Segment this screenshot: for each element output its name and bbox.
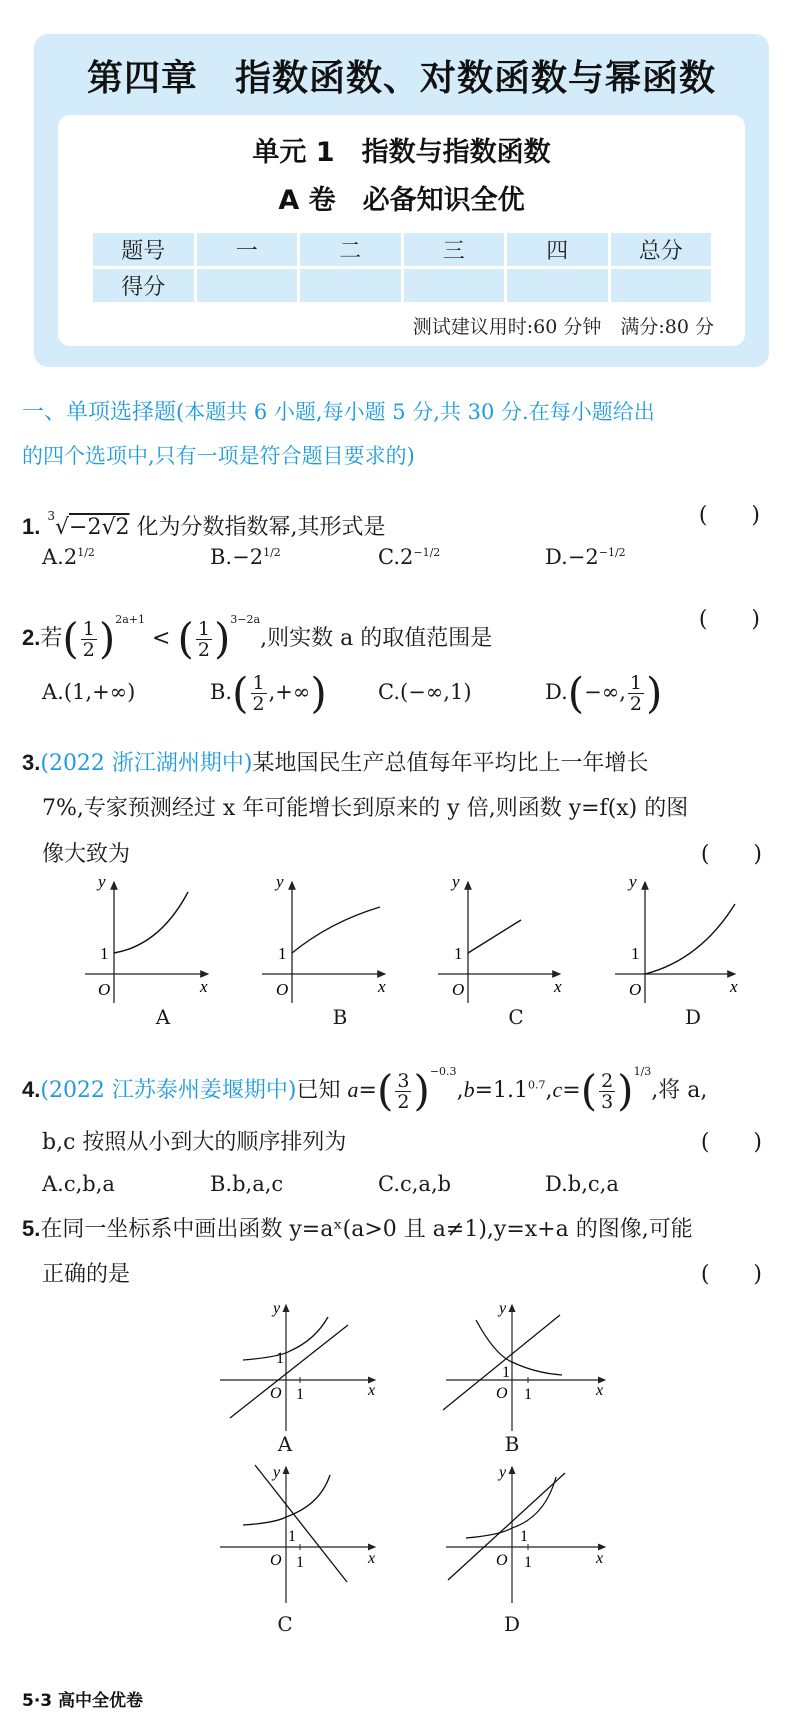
q5-graphs: y x O 1 1 y x O 1 1 y x O 1 1 y x [200, 1295, 620, 1640]
option-b[interactable]: B.−21/2 [210, 545, 281, 569]
option-c[interactable]: C.2−1/2 [378, 545, 440, 569]
svg-text:O: O [629, 980, 641, 999]
question-3-line2: 7%,专家预测经过 x 年可能增长到原来的 y 倍,则函数 y=f(x) 的图 [42, 786, 800, 832]
svg-text:O: O [496, 1385, 508, 1402]
svg-text:y: y [497, 1464, 507, 1481]
option-b[interactable]: B.b,a,c [210, 1172, 283, 1196]
question-source: (2022 江苏泰州姜堰期中) [40, 1078, 296, 1103]
graph-label-b[interactable]: B [497, 1432, 527, 1456]
score-cell: 题号 [93, 233, 194, 266]
question-5: 5.在同一坐标系中画出函数 y=aˣ(a>0 且 a≠1),y=x+a 的图像,… [22, 1206, 782, 1253]
svg-text:O: O [270, 1385, 282, 1402]
svg-text:x: x [729, 977, 738, 996]
svg-text:1: 1 [454, 944, 463, 963]
section-desc-line2: 的四个选项中,只有一项是符合题目要求的) [22, 434, 782, 478]
graph-b: y x O 1 [262, 872, 386, 1003]
svg-text:1: 1 [100, 944, 109, 963]
svg-text:x: x [199, 977, 208, 996]
graph-label-b[interactable]: B [325, 1005, 355, 1029]
svg-text:x: x [595, 1382, 603, 1399]
option-d[interactable]: D.b,c,a [545, 1172, 619, 1196]
svg-text:1: 1 [288, 1528, 296, 1545]
graph-b: y x O 1 1 [443, 1300, 605, 1431]
graph-d: y x O 1 [615, 872, 738, 1003]
question-stem: b,c 按照从小到大的顺序排列为 [42, 1130, 346, 1155]
svg-text:O: O [276, 980, 288, 999]
svg-text:y: y [274, 872, 284, 891]
svg-text:O: O [452, 980, 464, 999]
question-4-line2: b,c 按照从小到大的顺序排列为 ( ) [42, 1120, 800, 1166]
question-3: 3.(2022 浙江湖州期中)某地国民生产总值每年平均比上一年增长 [22, 740, 782, 787]
svg-text:y: y [450, 872, 460, 891]
graph-label-c[interactable]: C [501, 1005, 531, 1029]
option-d[interactable]: D.−2−1/2 [545, 545, 626, 569]
score-input-cell[interactable] [197, 269, 298, 302]
svg-text:1: 1 [502, 1364, 510, 1381]
option-b[interactable]: B.(12,+∞) [210, 672, 327, 715]
unit-title: 单元 1 指数与指数函数 [58, 130, 745, 169]
graph-label-d[interactable]: D [678, 1005, 708, 1029]
question-source: (2022 浙江湖州期中) [40, 751, 252, 776]
svg-text:O: O [98, 980, 110, 999]
score-cell: 二 [300, 233, 401, 266]
question-2: 2.若(12)2a+1 < (12)3−2a,则实数 a 的取值范围是 ( ) [22, 590, 782, 669]
score-cell: 得分 [93, 269, 194, 302]
section-lead: 一、单项选择题 [22, 400, 176, 425]
svg-text:y: y [271, 1300, 281, 1317]
score-input-cell[interactable] [507, 269, 608, 302]
svg-text:x: x [367, 1550, 375, 1567]
answer-blank[interactable]: ( ) [701, 1120, 762, 1166]
score-table-score-row: 得分 [93, 269, 711, 302]
svg-text:1: 1 [524, 1386, 532, 1403]
svg-text:1: 1 [278, 944, 287, 963]
question-prefix: 已知 [297, 1078, 341, 1103]
score-cell: 四 [507, 233, 608, 266]
question-stem: 正确的是 [42, 1262, 130, 1287]
score-cell: 三 [404, 233, 505, 266]
graph-label-d[interactable]: D [497, 1612, 527, 1636]
svg-text:O: O [496, 1552, 508, 1569]
graph-label-a[interactable]: A [270, 1432, 300, 1456]
question-4: 4.(2022 江苏泰州姜堰期中)已知 a=(32)−0.3,b=1.10.7,… [22, 1042, 782, 1121]
answer-blank[interactable]: ( ) [701, 1252, 762, 1298]
svg-text:1: 1 [296, 1554, 304, 1571]
graph-c: y x O 1 1 [220, 1464, 375, 1603]
graph-d: y x O 1 1 [446, 1464, 605, 1603]
question-number: 4. [22, 1077, 40, 1102]
question-prefix: 若 [40, 626, 62, 651]
svg-text:y: y [96, 872, 106, 891]
graph-a: y x O 1 [85, 872, 208, 1003]
svg-text:y: y [497, 1300, 507, 1317]
svg-text:y: y [627, 872, 637, 891]
graph-label-c[interactable]: C [270, 1612, 300, 1636]
option-a[interactable]: A.c,b,a [42, 1172, 115, 1196]
question-number: 1. [22, 514, 40, 539]
question-number: 3. [22, 750, 40, 775]
svg-text:x: x [377, 977, 386, 996]
question-number: 2. [22, 625, 40, 650]
question-stem: ,将 a, [651, 1078, 707, 1103]
option-c[interactable]: C.(−∞,1) [378, 672, 472, 712]
svg-text:1: 1 [524, 1554, 532, 1571]
option-c[interactable]: C.c,a,b [378, 1172, 451, 1196]
paper-title: A 卷 必备知识全优 [58, 178, 745, 217]
svg-text:1: 1 [296, 1386, 304, 1403]
option-d[interactable]: D.(−∞,12) [545, 672, 662, 715]
svg-text:y: y [271, 1464, 281, 1481]
graph-label-a[interactable]: A [148, 1005, 178, 1029]
question-stem: ,则实数 a 的取值范围是 [260, 626, 492, 651]
svg-text:1: 1 [631, 944, 640, 963]
score-input-cell[interactable] [611, 269, 712, 302]
svg-text:x: x [367, 1382, 375, 1399]
footer-brand: 5·3 高中全优卷 [22, 1686, 143, 1711]
svg-text:O: O [270, 1552, 282, 1569]
section-desc: (本题共 6 小题,每小题 5 分,共 30 分.在每小题给出 [176, 400, 655, 424]
score-cell: 总分 [611, 233, 712, 266]
chapter-title: 第四章 指数函数、对数函数与幂函数 [34, 50, 769, 101]
time-note: 测试建议用时:60 分钟 满分:80 分 [320, 312, 714, 339]
question-stem: 化为分数指数幂,其形式是 [136, 515, 385, 540]
svg-text:x: x [553, 977, 562, 996]
question-1: 1. 3√−2√2 化为分数指数幂,其形式是 ( ) [22, 493, 782, 551]
score-table: 题号 一 二 三 四 总分 得分 [90, 230, 714, 305]
svg-text:1: 1 [520, 1528, 528, 1545]
question-stem: 像大致为 [42, 842, 130, 867]
score-input-cell[interactable] [404, 269, 505, 302]
question-stem: 在同一坐标系中画出函数 y=aˣ(a>0 且 a≠1),y=x+a 的图像,可能 [40, 1217, 692, 1242]
score-input-cell[interactable] [300, 269, 401, 302]
graph-a: y x O 1 1 [220, 1300, 375, 1431]
score-table-header-row: 题号 一 二 三 四 总分 [93, 233, 711, 266]
option-a[interactable]: A.21/2 [42, 545, 95, 569]
section-heading: 一、单项选择题(本题共 6 小题,每小题 5 分,共 30 分.在每小题给出 [22, 390, 782, 435]
score-cell: 一 [197, 233, 298, 266]
svg-text:x: x [595, 1550, 603, 1567]
question-5-line2: 正确的是 ( ) [42, 1252, 800, 1298]
question-math: 3√−2√2 [47, 515, 129, 540]
answer-blank[interactable]: ( ) [699, 493, 760, 539]
answer-blank[interactable]: ( ) [699, 590, 760, 650]
question-stem: 某地国民生产总值每年平均比上一年增长 [253, 751, 649, 776]
graph-c: y x O 1 [438, 872, 562, 1003]
question-number: 5. [22, 1216, 40, 1241]
svg-text:1: 1 [276, 1350, 284, 1367]
option-a[interactable]: A.(1,+∞) [42, 672, 135, 712]
